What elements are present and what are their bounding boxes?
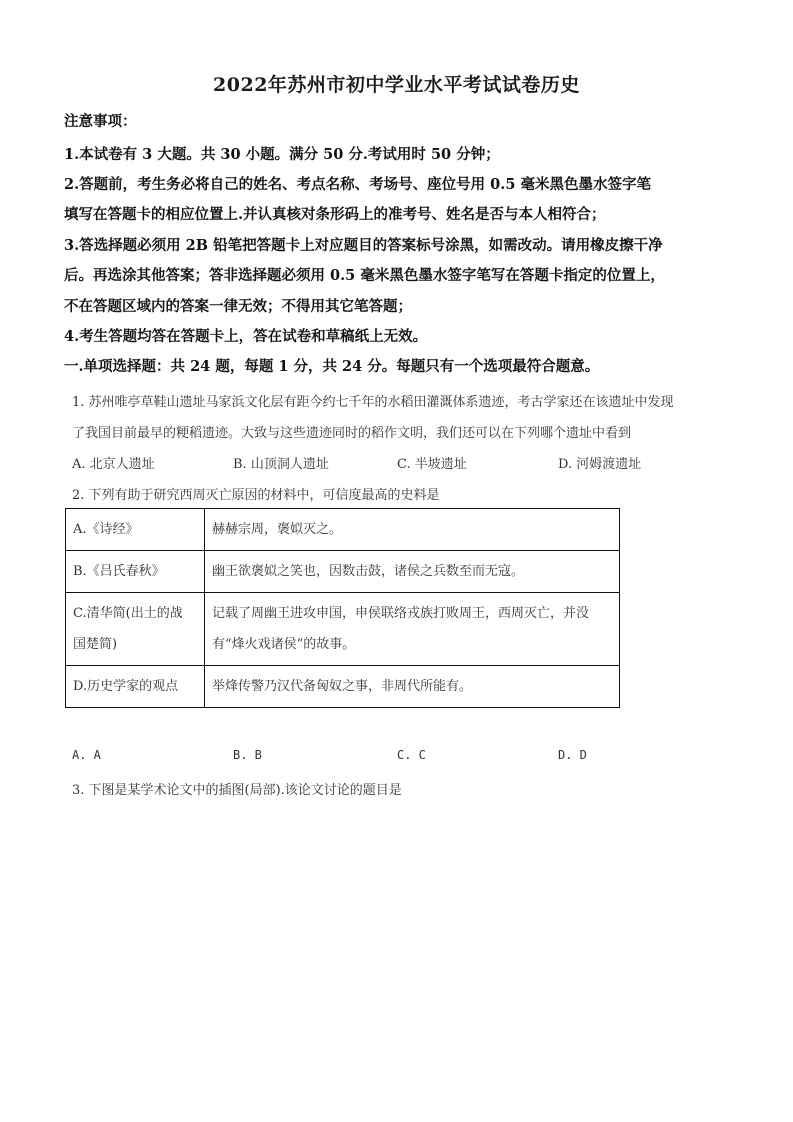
notice-line: 后。再选涂其他答案；答非选择题必须用 0.5 毫米黑色墨水签字笔写在答题卡指定的… — [64, 264, 665, 285]
content-cell: 记载了周幽王进攻申国，申侯联络戎族打败周王，西周灭亡，并没有“烽火戏诸侯”的故事… — [205, 593, 620, 666]
table-row: B.《吕氏春秋》 幽王欲褒姒之笑也，因数击鼓，诸侯之兵数至而无寇。 — [66, 551, 620, 593]
source-cell: A.《诗经》 — [66, 509, 205, 551]
section-heading: 一.单项选择题：共 24 题，每题 1 分，共 24 分。每题只有一个选项最符合… — [64, 355, 599, 376]
table-row: C.清华简(出土的战国楚简) 记载了周幽王进攻申国，申侯联络戎族打败周王，西周灭… — [66, 593, 620, 666]
content-cell: 举烽传警乃汉代备匈奴之事，非周代所能有。 — [205, 666, 620, 708]
notice-line: 1.本试卷有 3 大题。共 30 小题。满分 50 分.考试用时 50 分钟； — [64, 143, 500, 164]
question-1-option-a: A. 北京人遗址 — [72, 453, 155, 472]
notice-line: 2.答题前，考生务必将自己的姓名、考点名称、考场号、座位号用 0.5 毫米黑色墨… — [64, 173, 651, 194]
question-1-option-d: D. 河姆渡遗址 — [558, 453, 641, 472]
notice-line: 4.考生答题均答在答题卡上，答在试卷和草稿纸上无效。 — [64, 325, 427, 346]
notice-heading: 注意事项： — [64, 110, 137, 131]
source-cell: D.历史学家的观点 — [66, 666, 205, 708]
question-1-stem: 1. 苏州唯亭草鞋山遗址马家浜文化层有距今约七千年的水稻田灌溉体系遗迹，考古学家… — [72, 391, 674, 410]
question-2-stem: 2. 下列有助于研究西周灭亡原因的材料中，可信度最高的史料是 — [72, 484, 440, 503]
question-2-option-c: C. C — [397, 748, 426, 762]
content-cell: 幽王欲褒姒之笑也，因数击鼓，诸侯之兵数至而无寇。 — [205, 551, 620, 593]
source-cell: C.清华简(出土的战国楚简) — [66, 593, 205, 666]
source-cell: B.《吕氏春秋》 — [66, 551, 205, 593]
question-1-option-b: B. 山顶洞人遗址 — [233, 453, 329, 472]
question-2-option-a: A. A — [72, 748, 101, 762]
content-cell: 赫赫宗周，褒姒灭之。 — [205, 509, 620, 551]
question-2-option-d: D. D — [558, 748, 587, 762]
source-table: A.《诗经》 赫赫宗周，褒姒灭之。 B.《吕氏春秋》 幽王欲褒姒之笑也，因数击鼓… — [65, 508, 620, 708]
table-row: D.历史学家的观点 举烽传警乃汉代备匈奴之事，非周代所能有。 — [66, 666, 620, 708]
notice-line: 不在答题区域内的答案一律无效；不得用其它笔答题； — [64, 295, 412, 316]
page-title: 2022年苏州市初中学业水平考试试卷历史 — [0, 70, 793, 97]
question-2-option-b: B. B — [233, 748, 262, 762]
notice-line: 3.答选择题必须用 2B 铅笔把答题卡上对应题目的答案标号涂黑，如需改动。请用橡… — [64, 234, 663, 255]
notice-line: 填写在答题卡的相应位置上.并认真核对条形码上的准考号、姓名是否与本人相符合； — [64, 203, 606, 224]
question-1-option-c: C. 半坡遗址 — [397, 453, 467, 472]
question-3-stem: 3. 下图是某学术论文中的插图(局部).该论文讨论的题目是 — [72, 779, 402, 798]
question-1-stem: 了我国目前最早的粳稻遗迹。大致与这些遗迹同时的稻作文明，我们还可以在下列哪个遗址… — [72, 422, 631, 441]
table-row: A.《诗经》 赫赫宗周，褒姒灭之。 — [66, 509, 620, 551]
